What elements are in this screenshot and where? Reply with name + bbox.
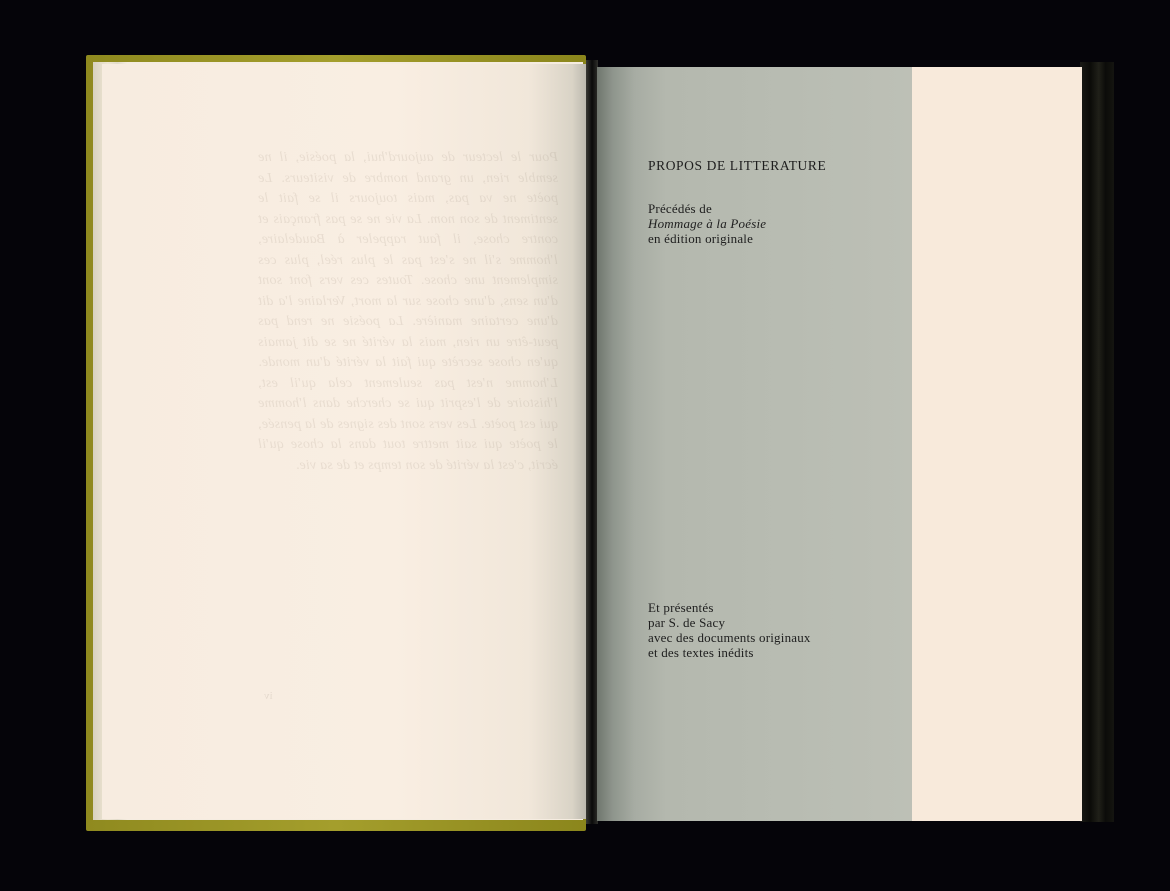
folio-showthrough: iv	[264, 690, 273, 702]
right-page-margin	[912, 67, 1082, 821]
book-edge-right	[1080, 62, 1114, 822]
subtitle-line-3: en édition originale	[648, 231, 766, 246]
subtitle-block: Précédés de Hommage à la Poésie en éditi…	[648, 201, 766, 246]
credits-line-4: et des textes inédits	[648, 645, 811, 660]
book-title: PROPOS DE LITTERATURE	[648, 158, 826, 174]
credits-line-1: Et présentés	[648, 600, 811, 615]
credits-block: Et présentés par S. de Sacy avec des doc…	[648, 600, 811, 660]
showthrough-text: Pour le lecteur de aujourd'hui, la poési…	[258, 148, 558, 668]
credits-line-3: avec des documents originaux	[648, 630, 811, 645]
grey-insert-page	[597, 67, 912, 821]
subtitle-line-2: Hommage à la Poésie	[648, 216, 766, 231]
credits-line-2: par S. de Sacy	[648, 615, 811, 630]
subtitle-line-1: Précédés de	[648, 201, 766, 216]
